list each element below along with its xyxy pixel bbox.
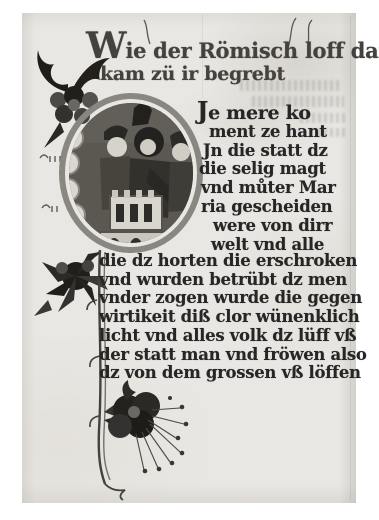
text-line: wirtikeit diß clor wünenklich xyxy=(99,308,367,327)
text-line: die dz horten die erschroken xyxy=(99,252,367,271)
bottom-flower-ornament xyxy=(104,380,188,473)
text-line: vnd můter Mar xyxy=(201,179,336,198)
chapter-rubric: Wie der Römisch loff dar kam zü ir begre… xyxy=(86,31,379,86)
text-line: were von dirr xyxy=(213,217,336,236)
text-line: licht vnd alles volk dz lüff vß xyxy=(99,327,367,346)
text-column-beside-initial: Je mere ko ment ze hant Jn die statt dz … xyxy=(197,102,336,254)
text-block-full-width: die dz horten die erschroken vnd wurden … xyxy=(99,252,367,383)
text-line: ment ze hant xyxy=(209,123,336,142)
text-line: die selig magt xyxy=(199,160,336,179)
text-line: vnd wurden betrübt dz men xyxy=(99,271,367,290)
text-line: dz von dem grossen vß löffen xyxy=(99,364,367,383)
spike-leaf xyxy=(44,122,64,148)
text-line: ria gescheiden xyxy=(201,198,336,217)
historiated-initial xyxy=(57,96,200,250)
horn-leaf-left xyxy=(37,50,68,92)
text-line: Je mere ko xyxy=(197,102,336,123)
bier xyxy=(110,190,162,230)
text-line: Jn die statt dz xyxy=(203,142,336,161)
mourner-right xyxy=(168,131,194,212)
rubric-line-1: Wie der Römisch loff dar xyxy=(86,31,379,66)
manuscript-photo: Wie der Römisch loff dar kam zü ir begre… xyxy=(0,0,379,520)
mid-foliage-ornament xyxy=(34,252,108,316)
text-line: der statt man vnd fröwen also xyxy=(99,346,367,365)
platform xyxy=(100,232,194,246)
text-line: vnder zogen wurde die gegen xyxy=(99,289,367,308)
marginal-pen-squiggles xyxy=(40,155,60,212)
